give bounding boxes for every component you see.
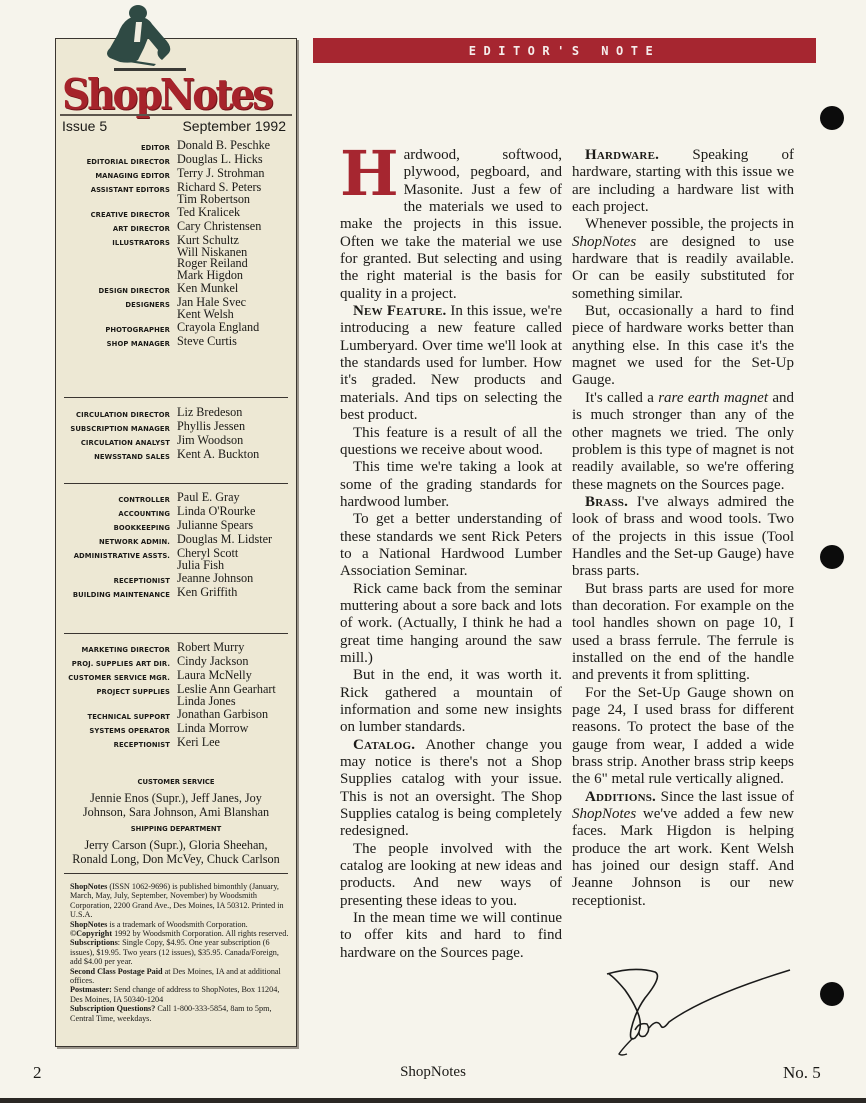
staff-row: Customer Service Mgr.Laura McNelly [58, 670, 294, 682]
staff-row: Managing EditorTerry J. Strohman [58, 168, 294, 180]
logo-rule [60, 114, 292, 116]
group-divider [64, 633, 288, 634]
staff-name: Jim Woodson [177, 435, 294, 447]
article-paragraph: It's called a rare earth magnet and is m… [572, 390, 794, 494]
staff-names: Julianne Spears [177, 520, 294, 532]
staff-row: Creative DirectorTed Kralicek [58, 207, 294, 219]
staff-row: Art DirectorCary Christensen [58, 221, 294, 233]
staff-group-circulation: Circulation DirectorLiz Bredeson Subscri… [58, 407, 294, 463]
staff-name: Ted Kralicek [177, 207, 294, 219]
staff-row: Editorial DirectorDouglas L. Hicks [58, 154, 294, 166]
staff-name: Terry J. Strohman [177, 168, 294, 180]
pub-info-line: Postmaster: Send change of address to Sh… [70, 985, 292, 1004]
staff-title: Editorial Director [58, 154, 177, 166]
staff-name: Julianne Spears [177, 520, 294, 532]
staff-row: Proj. Supplies Art Dir.Cindy Jackson [58, 656, 294, 668]
staff-name: Kent Welsh [177, 309, 294, 321]
run-in-heading: Additions. [585, 789, 656, 805]
staff-names: Linda Morrow [177, 723, 294, 735]
staff-name: Linda Jones [177, 696, 294, 708]
staff-names: Phyllis Jessen [177, 421, 294, 433]
staff-title: Designers [58, 297, 177, 309]
staff-name: Donald B. Peschke [177, 140, 294, 152]
run-in-heading: New Feature. [353, 303, 446, 319]
staff-name: Cary Christensen [177, 221, 294, 233]
customer-service-line: Johnson, Sara Johnson, Ami Blanshan [58, 805, 294, 819]
staff-row: EditorDonald B. Peschke [58, 140, 294, 152]
punch-hole-icon [820, 982, 844, 1006]
staff-row: Assistant EditorsRichard S. PetersTim Ro… [58, 182, 294, 205]
run-in-heading: Brass. [585, 494, 628, 510]
pub-info-line: Subscription Questions? Call 1-800-333-5… [70, 1004, 292, 1023]
staff-row: ReceptionistKeri Lee [58, 737, 294, 749]
staff-names: Laura McNelly [177, 670, 294, 682]
staff-names: Crayola England [177, 322, 294, 334]
staff-title: Systems Operator [58, 723, 177, 735]
staff-title: Bookkeeping [58, 520, 177, 532]
staff-title: Newsstand Sales [58, 449, 177, 461]
signature-icon [605, 968, 805, 1056]
staff-title: Building Maintenance [58, 587, 177, 599]
staff-title: Design Director [58, 283, 177, 295]
pub-info-line: ©Copyright 1992 by Woodsmith Corporation… [70, 929, 292, 938]
staff-title: Technical Support [58, 709, 177, 721]
staff-title: Accounting [58, 506, 177, 518]
article-paragraph: But, occasionally a hard to find piece o… [572, 303, 794, 390]
staff-names: Jeanne Johnson [177, 573, 294, 585]
staff-names: Keri Lee [177, 737, 294, 749]
staff-names: Jim Woodson [177, 435, 294, 447]
shipping-line: Ronald Long, Don McVey, Chuck Carlson [58, 852, 294, 866]
staff-names: Cary Christensen [177, 221, 294, 233]
staff-row: Administrative Assts.Cheryl ScottJulia F… [58, 548, 294, 571]
staff-title: Photographer [58, 322, 177, 334]
staff-names: Linda O'Rourke [177, 506, 294, 518]
staff-title: Subscription Manager [58, 421, 177, 433]
staff-names: Cheryl ScottJulia Fish [177, 548, 294, 571]
run-in-heading: Hardware. [585, 147, 659, 163]
staff-name: Laura McNelly [177, 670, 294, 682]
shopnotes-logo: ShopNotes [62, 74, 275, 116]
staff-title: Shop Manager [58, 336, 177, 348]
staff-title: Proj. Supplies Art Dir. [58, 656, 177, 668]
punch-hole-icon [820, 545, 844, 569]
article-paragraph: This time we're taking a look at some of… [340, 459, 562, 511]
staff-names: Douglas M. Lidster [177, 534, 294, 546]
staff-name: Julia Fish [177, 560, 294, 572]
staff-name: Linda O'Rourke [177, 506, 294, 518]
staff-names: Leslie Ann GearhartLinda Jones [177, 684, 294, 707]
staff-row: Circulation AnalystJim Woodson [58, 435, 294, 447]
staff-name: Keri Lee [177, 737, 294, 749]
issue-number: Issue 5 [62, 118, 107, 134]
staff-name: Ken Munkel [177, 283, 294, 295]
publication-info: ShopNotes (ISSN 1062-9696) is published … [70, 882, 292, 1023]
staff-row: BookkeepingJulianne Spears [58, 520, 294, 532]
issue-date: September 1992 [182, 118, 286, 134]
staff-title: Administrative Assts. [58, 548, 177, 560]
editors-note-banner: EDITOR'S NOTE [313, 38, 816, 63]
article-column-2: Hardware. Speaking of hardware, starting… [572, 147, 794, 910]
staff-title: Creative Director [58, 207, 177, 219]
article-paragraph: The people involved with the catalog are… [340, 841, 562, 910]
staff-row: PhotographerCrayola England [58, 322, 294, 334]
staff-title: Art Director [58, 221, 177, 233]
drop-cap: H [340, 150, 399, 200]
customer-service-heading: Customer Service [58, 778, 294, 786]
article-paragraph: For the Set-Up Gauge shown on page 24, I… [572, 685, 794, 789]
staff-row: Systems OperatorLinda Morrow [58, 723, 294, 735]
staff-title: Receptionist [58, 573, 177, 585]
woodworker-illustration-icon [86, 4, 186, 76]
staff-title: Controller [58, 492, 177, 504]
staff-row: Technical SupportJonathan Garbison [58, 709, 294, 721]
staff-row: Marketing DirectorRobert Murry [58, 642, 294, 654]
staff-names: Jan Hale SvecKent Welsh [177, 297, 294, 320]
staff-name: Douglas M. Lidster [177, 534, 294, 546]
staff-name: Linda Morrow [177, 723, 294, 735]
staff-names: Ted Kralicek [177, 207, 294, 219]
staff-title: Project Supplies [58, 684, 177, 696]
staff-title: Editor [58, 140, 177, 152]
staff-name: Kent A. Buckton [177, 449, 294, 461]
staff-row: Network Admin.Douglas M. Lidster [58, 534, 294, 546]
group-divider [64, 483, 288, 484]
staff-names: Douglas L. Hicks [177, 154, 294, 166]
staff-title: Receptionist [58, 737, 177, 749]
staff-group-editorial: EditorDonald B. Peschke Editorial Direct… [58, 140, 294, 350]
article-paragraph: Brass. I've always admired the look of b… [572, 494, 794, 581]
shipping-line: Jerry Carson (Supr.), Gloria Sheehan, [58, 838, 294, 852]
article-paragraph: Catalog. Another change you may notice i… [340, 737, 562, 841]
staff-names: Jonathan Garbison [177, 709, 294, 721]
footer-issue-number: No. 5 [783, 1063, 821, 1083]
staff-row: Project SuppliesLeslie Ann GearhartLinda… [58, 684, 294, 707]
staff-title: Marketing Director [58, 642, 177, 654]
article-paragraph: Rick came back from the seminar mutterin… [340, 581, 562, 668]
staff-names: Ken Munkel [177, 283, 294, 295]
staff-names: Cindy Jackson [177, 656, 294, 668]
staff-names: Kent A. Buckton [177, 449, 294, 461]
pub-info-line: Second Class Postage Paid at Des Moines,… [70, 967, 292, 986]
staff-names: Steve Curtis [177, 336, 294, 348]
staff-name: Jeanne Johnson [177, 573, 294, 585]
run-in-heading: Catalog. [353, 737, 415, 753]
page-bottom-edge [0, 1098, 866, 1103]
staff-name: Paul E. Gray [177, 492, 294, 504]
staff-names: Kurt SchultzWill NiskanenRoger ReilandMa… [177, 235, 294, 281]
staff-names: Terry J. Strohman [177, 168, 294, 180]
staff-name: Cindy Jackson [177, 656, 294, 668]
staff-title: Network Admin. [58, 534, 177, 546]
staff-names: Donald B. Peschke [177, 140, 294, 152]
staff-row: ControllerPaul E. Gray [58, 492, 294, 504]
staff-names: Robert Murry [177, 642, 294, 654]
pub-info-line: ShopNotes is a trademark of Woodsmith Co… [70, 920, 292, 929]
punch-hole-icon [820, 106, 844, 130]
shipping-names: Jerry Carson (Supr.), Gloria Sheehan, Ro… [58, 838, 294, 866]
staff-name: Tim Robertson [177, 194, 294, 206]
pub-info-line: Subscriptions: Single Copy, $4.95. One y… [70, 938, 292, 966]
staff-name: Robert Murry [177, 642, 294, 654]
staff-name: Mark Higdon [177, 270, 294, 282]
staff-title: Circulation Analyst [58, 435, 177, 447]
issue-line: Issue 5 September 1992 [62, 118, 286, 134]
group-divider [64, 397, 288, 398]
article-paragraph: This feature is a result of all the ques… [340, 425, 562, 460]
staff-group-business: ControllerPaul E. Gray AccountingLinda O… [58, 492, 294, 601]
staff-row: IllustratorsKurt SchultzWill NiskanenRog… [58, 235, 294, 281]
staff-name: Phyllis Jessen [177, 421, 294, 433]
staff-row: Building MaintenanceKen Griffith [58, 587, 294, 599]
staff-row: Subscription ManagerPhyllis Jessen [58, 421, 294, 433]
staff-title: Illustrators [58, 235, 177, 247]
staff-row: Shop ManagerSteve Curtis [58, 336, 294, 348]
staff-title: Assistant Editors [58, 182, 177, 194]
article-paragraph: But brass parts are used for more than d… [572, 581, 794, 685]
staff-row: Design DirectorKen Munkel [58, 283, 294, 295]
staff-row: AccountingLinda O'Rourke [58, 506, 294, 518]
article-paragraph: In the mean time we will continue to off… [340, 910, 562, 962]
pub-info-line: ShopNotes (ISSN 1062-9696) is published … [70, 882, 292, 920]
staff-title: Managing Editor [58, 168, 177, 180]
staff-group-marketing: Marketing DirectorRobert Murry Proj. Sup… [58, 642, 294, 751]
shipping-heading: Shipping Department [58, 825, 294, 833]
article-paragraph: Additions. Since the last issue of ShopN… [572, 789, 794, 910]
customer-service-names: Jennie Enos (Supr.), Jeff Janes, Joy Joh… [58, 791, 294, 819]
staff-name: Liz Bredeson [177, 407, 294, 419]
article-paragraph: But in the end, it was worth it. Rick ga… [340, 667, 562, 736]
staff-row: Circulation DirectorLiz Bredeson [58, 407, 294, 419]
article-column-1: Hardwood, softwood, plywood, pegboard, a… [340, 147, 562, 962]
staff-row: Newsstand SalesKent A. Buckton [58, 449, 294, 461]
staff-names: Liz Bredeson [177, 407, 294, 419]
staff-name: Douglas L. Hicks [177, 154, 294, 166]
staff-title: Circulation Director [58, 407, 177, 419]
staff-names: Ken Griffith [177, 587, 294, 599]
customer-service-line: Jennie Enos (Supr.), Jeff Janes, Joy [58, 791, 294, 805]
staff-row: DesignersJan Hale SvecKent Welsh [58, 297, 294, 320]
article-paragraph: Hardware. Speaking of hardware, starting… [572, 147, 794, 216]
staff-name: Jonathan Garbison [177, 709, 294, 721]
staff-names: Richard S. PetersTim Robertson [177, 182, 294, 205]
staff-name: Crayola England [177, 322, 294, 334]
staff-title: Customer Service Mgr. [58, 670, 177, 682]
staff-name: Steve Curtis [177, 336, 294, 348]
magazine-page: ShopNotes Issue 5 September 1992 EditorD… [0, 0, 866, 1103]
group-divider [64, 873, 288, 874]
article-paragraph: Hardwood, softwood, plywood, pegboard, a… [340, 147, 562, 303]
article-paragraph: To get a better understanding of these s… [340, 511, 562, 580]
article-paragraph: Whenever possible, the projects in ShopN… [572, 216, 794, 303]
footer-publication: ShopNotes [0, 1064, 866, 1081]
article-paragraph: New Feature. In this issue, we're introd… [340, 303, 562, 424]
banner-title: EDITOR'S NOTE [469, 44, 660, 58]
staff-row: ReceptionistJeanne Johnson [58, 573, 294, 585]
staff-names: Paul E. Gray [177, 492, 294, 504]
staff-name: Ken Griffith [177, 587, 294, 599]
